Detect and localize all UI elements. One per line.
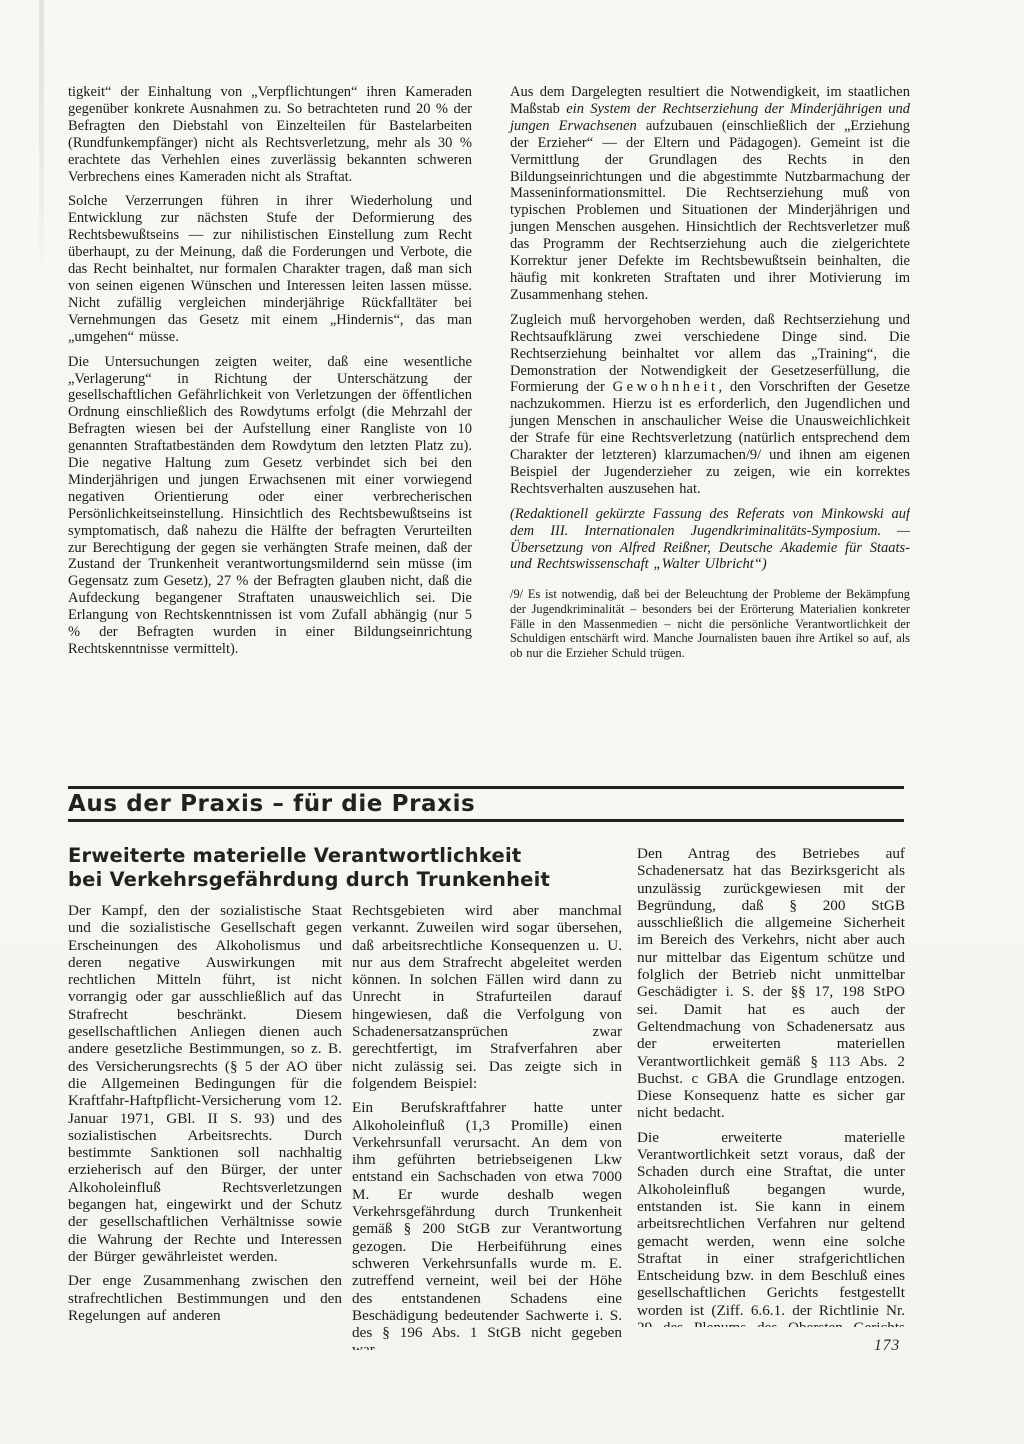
paragraph: Die erweiterte materielle Verantwortlich…	[637, 1129, 905, 1327]
scan-smudge-left	[39, 0, 44, 262]
paragraph: Zugleich muß hervorgehoben werden, daß R…	[510, 312, 910, 498]
bottom-column-2: Rechtsgebieten wird aber manchmal verkan…	[352, 902, 622, 1350]
paragraph: Rechtsgebieten wird aber manchmal verkan…	[352, 902, 622, 1092]
article-heading: Erweiterte materielle Verantwortlichkeit…	[68, 844, 616, 891]
heading-line-1: Erweiterte materielle Verantwortlichkeit	[68, 844, 616, 868]
section-banner-title: Aus der Praxis – für die Praxis	[68, 791, 904, 818]
paragraph: Aus dem Dargelegten resultiert die Notwe…	[510, 84, 910, 304]
paragraph: tigkeit“ der Einhaltung von „Verpflichtu…	[68, 84, 472, 185]
top-article: tigkeit“ der Einhaltung von „Verpflichtu…	[68, 84, 910, 762]
paragraph: Solche Verzerrungen führen in ihrer Wied…	[68, 193, 472, 345]
spaced-emphasis: Gewohnheit	[613, 379, 719, 395]
text-segment: , den Vorschriften der Gesetze nachzukom…	[510, 379, 910, 496]
paragraph: Der enge Zusammenhang zwischen den straf…	[68, 1272, 342, 1324]
page-number: 173	[874, 1337, 900, 1355]
paragraph: Ein Berufskraftfahrer hatte unter Alkoho…	[352, 1099, 622, 1350]
top-left-column: tigkeit“ der Einhaltung von „Verpflichtu…	[68, 84, 472, 762]
editorial-credit: (Redaktionell gekürzte Fassung des Refer…	[510, 506, 910, 574]
top-right-column: Aus dem Dargelegten resultiert die Notwe…	[510, 84, 910, 762]
text-segment: aufzubauen (einschließlich der „Erziehun…	[510, 118, 910, 303]
section-banner: Aus der Praxis – für die Praxis	[68, 786, 904, 822]
paragraph: Den Antrag des Betriebes auf Schadenersa…	[637, 845, 905, 1122]
bottom-column-1: Der Kampf, den der sozialistische Staat …	[68, 902, 342, 1350]
journal-page-scan: tigkeit“ der Einhaltung von „Verpflichtu…	[0, 0, 1024, 1444]
bottom-column-3: Den Antrag des Betriebes auf Schadenersa…	[637, 845, 905, 1327]
heading-line-2: bei Verkehrsgefährdung durch Trunkenheit	[68, 868, 616, 892]
footnote-9: /9/ Es ist notwendig, daß bei der Beleuc…	[510, 587, 910, 660]
paragraph: Der Kampf, den der sozialistische Staat …	[68, 902, 342, 1265]
paragraph: Die Untersuchungen zeigten weiter, daß e…	[68, 354, 472, 658]
